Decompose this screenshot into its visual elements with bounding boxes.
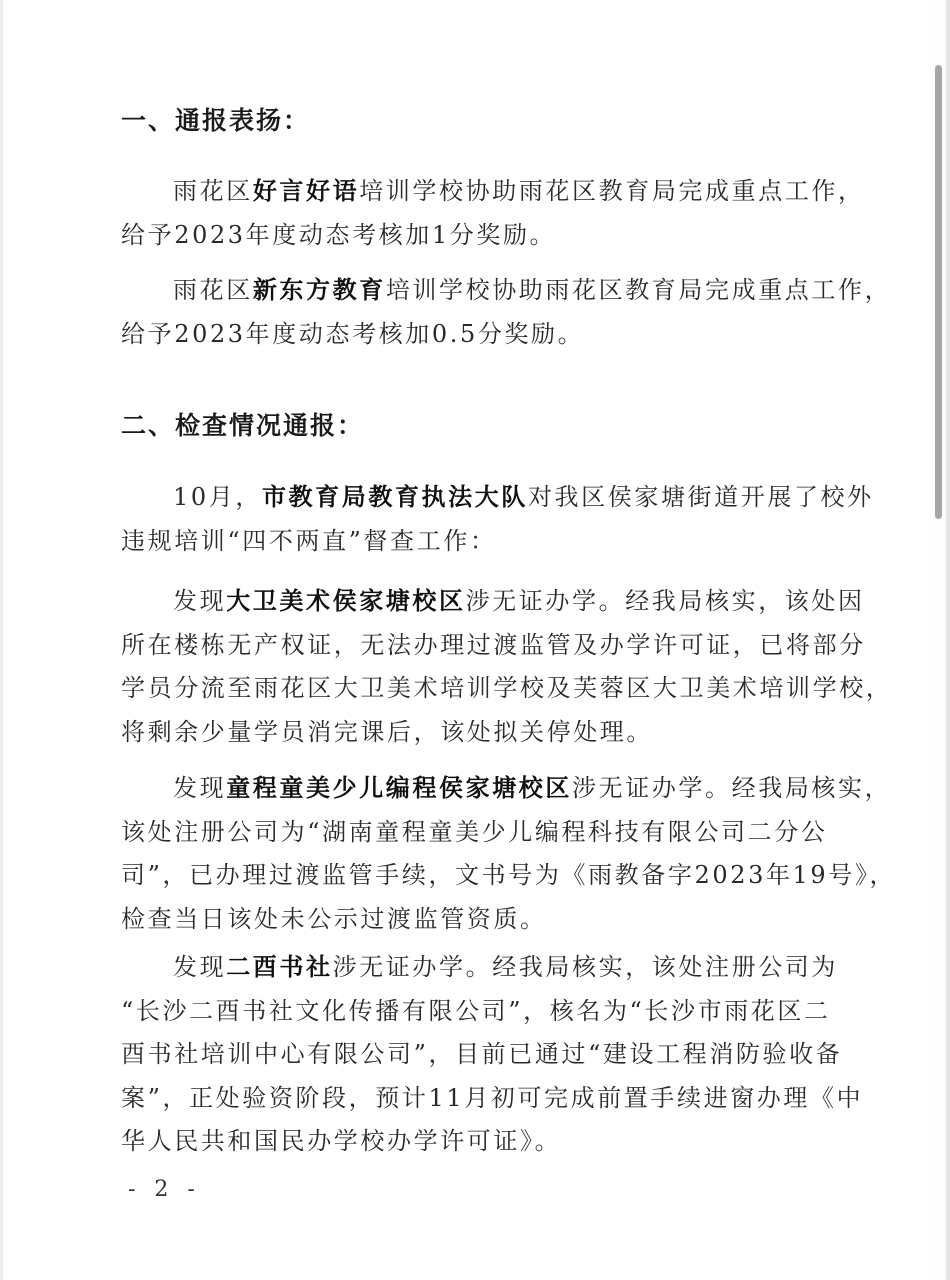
- paragraph: 发现二酉书社涉无证办学。经我局核实，该处注册公司为“长沙二酉书社文化传播有限公司…: [121, 946, 851, 1164]
- text-run: 培训学校协助雨花区教育局完成重点工作，: [386, 276, 891, 304]
- text-line: 雨花区好言好语培训学校协助雨花区教育局完成重点工作，: [121, 170, 851, 214]
- text-line: 雨花区新东方教育培训学校协助雨花区教育局完成重点工作，: [121, 269, 851, 313]
- section-2-heading: 二、检查情况通报：: [121, 411, 364, 441]
- text-run: 酉书社培训中心有限公司”，目前已通过“建设工程消防验收备: [121, 1040, 842, 1068]
- text-run: 涉无证办学。经我局核实，该处注册公司为: [333, 953, 838, 981]
- text-line: 发现童程童美少儿编程侯家塘校区涉无证办学。经我局核实，: [121, 767, 851, 811]
- text-line: 司”，已办理过渡监管手续，文书号为《雨教备字2023年19号》，: [121, 854, 851, 898]
- text-line: 10月，市教育局教育执法大队对我区侯家塘街道开展了校外: [121, 476, 851, 520]
- text-run: 违规培训“四不两直”督查工作：: [121, 527, 497, 555]
- text-line: 华人民共和国民办学校办学许可证》。: [121, 1120, 851, 1164]
- text-run: 华人民共和国民办学校办学许可证》。: [121, 1127, 561, 1155]
- text-run: 发现: [173, 953, 226, 981]
- text-run: 检查当日该处未公示过渡监管资质。: [121, 905, 547, 933]
- highlighted-name: 新东方教育: [253, 276, 386, 304]
- text-run: 涉无证办学。经我局核实，该处因: [466, 587, 865, 615]
- text-line: 所在楼栋无产权证，无法办理过渡监管及办学许可证，已将部分: [121, 624, 851, 668]
- highlighted-name: 童程童美少儿编程侯家塘校区: [226, 774, 572, 802]
- text-line: 检查当日该处未公示过渡监管资质。: [121, 898, 851, 942]
- text-run: 所在楼栋无产权证，无法办理过渡监管及办学许可证，已将部分: [121, 631, 866, 659]
- text-line: 酉书社培训中心有限公司”，目前已通过“建设工程消防验收备: [121, 1033, 851, 1077]
- text-run: 案”，正处验资阶段，预计11月初可完成前置手续进窗办理《中: [121, 1084, 863, 1112]
- text-line: 发现二酉书社涉无证办学。经我局核实，该处注册公司为: [121, 946, 851, 990]
- text-run: 给予2023年度动态考核加0.5分奖励。: [121, 320, 584, 348]
- text-line: 给予2023年度动态考核加1分奖励。: [121, 214, 851, 258]
- paragraph: 雨花区好言好语培训学校协助雨花区教育局完成重点工作，给予2023年度动态考核加1…: [121, 170, 851, 257]
- document-viewer: 一、通报表扬：雨花区好言好语培训学校协助雨花区教育局完成重点工作，给予2023年…: [0, 0, 950, 1280]
- scrollbar-thumb[interactable]: [935, 65, 942, 519]
- text-line: 将剩余少量学员消完课后，该处拟关停处理。: [121, 711, 851, 755]
- text-run: 雨花区: [173, 177, 253, 205]
- text-line: 学员分流至雨花区大卫美术培训学校及芙蓉区大卫美术培训学校，: [121, 667, 851, 711]
- text-run: 培训学校协助雨花区教育局完成重点工作，: [359, 177, 864, 205]
- text-run: 将剩余少量学员消完课后，该处拟关停处理。: [121, 718, 653, 746]
- text-run: 10月，: [173, 483, 262, 511]
- text-run: 雨花区: [173, 276, 253, 304]
- text-line: 该处注册公司为“湖南童程童美少儿编程科技有限公司二分公: [121, 811, 851, 855]
- text-run: 学员分流至雨花区大卫美术培训学校及芙蓉区大卫美术培训学校，: [121, 674, 892, 702]
- text-line: “长沙二酉书社文化传播有限公司”，核名为“长沙市雨花区二: [121, 990, 851, 1034]
- text-run: 发现: [173, 587, 226, 615]
- paragraph: 10月，市教育局教育执法大队对我区侯家塘街道开展了校外违规培训“四不两直”督查工…: [121, 476, 851, 563]
- highlighted-name: 二酉书社: [226, 953, 332, 981]
- text-run: 给予2023年度动态考核加1分奖励。: [121, 221, 556, 249]
- section-1-heading: 一、通报表扬：: [121, 106, 310, 136]
- highlighted-name: 好言好语: [253, 177, 359, 205]
- paragraph: 发现童程童美少儿编程侯家塘校区涉无证办学。经我局核实，该处注册公司为“湖南童程童…: [121, 767, 851, 941]
- highlighted-name: 大卫美术侯家塘校区: [226, 587, 465, 615]
- paragraph: 发现大卫美术侯家塘校区涉无证办学。经我局核实，该处因所在楼栋无产权证，无法办理过…: [121, 580, 851, 754]
- text-run: 对我区侯家塘街道开展了校外: [528, 483, 874, 511]
- text-line: 违规培训“四不两直”督查工作：: [121, 520, 851, 564]
- text-run: 司”，已办理过渡监管手续，文书号为《雨教备字2023年19号》，: [121, 861, 896, 889]
- paragraph: 雨花区新东方教育培训学校协助雨花区教育局完成重点工作，给予2023年度动态考核加…: [121, 269, 851, 356]
- text-run: 该处注册公司为“湖南童程童美少儿编程科技有限公司二分公: [121, 818, 827, 846]
- highlighted-name: 市教育局教育执法大队: [262, 483, 528, 511]
- page-number: - 2 -: [128, 1177, 201, 1202]
- text-line: 给予2023年度动态考核加0.5分奖励。: [121, 313, 851, 357]
- text-run: 涉无证办学。经我局核实，: [572, 774, 891, 802]
- text-run: 发现: [173, 774, 226, 802]
- text-run: “长沙二酉书社文化传播有限公司”，核名为“长沙市雨花区二: [121, 997, 831, 1025]
- text-line: 案”，正处验资阶段，预计11月初可完成前置手续进窗办理《中: [121, 1077, 851, 1121]
- text-line: 发现大卫美术侯家塘校区涉无证办学。经我局核实，该处因: [121, 580, 851, 624]
